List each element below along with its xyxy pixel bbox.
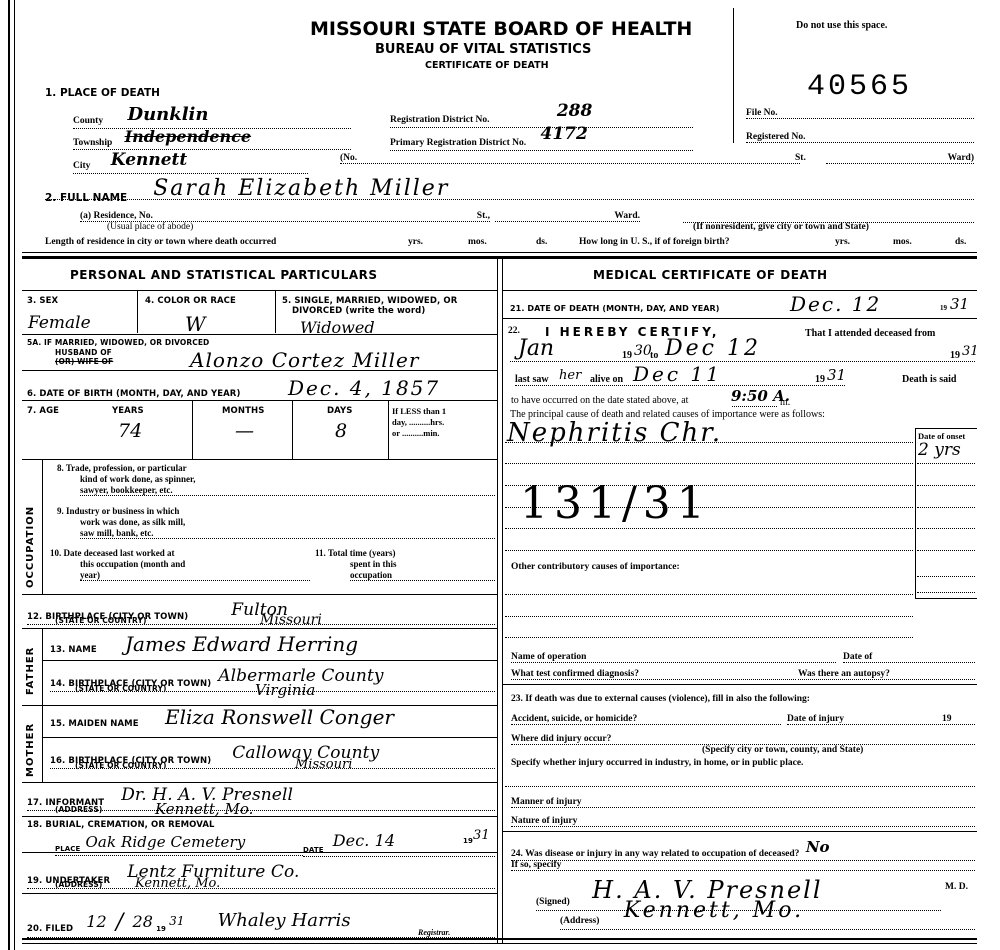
total-time-label: 11. Total time (years) (315, 548, 396, 558)
street-no-field[interactable]: (No. St. (340, 153, 800, 164)
operation-field[interactable]: Name of operation (511, 652, 836, 663)
row-line (42, 660, 497, 661)
residence-sublabel: (Usual place of abode) (107, 222, 193, 232)
race-divider (275, 291, 276, 333)
trade-label-2: kind of work done, as spinner, (80, 474, 195, 484)
cause-value[interactable]: Nephritis Chr. (507, 418, 722, 448)
township-label: Township (73, 138, 112, 148)
age-divider (388, 401, 389, 459)
row-line (22, 594, 497, 595)
spouse-label-3: (OR) WIFE OF (55, 357, 113, 366)
registrar-signature: Whaley Harris (218, 910, 351, 931)
row-line (22, 782, 497, 783)
row-line (42, 737, 497, 738)
attended-from-date: Jan (518, 336, 554, 361)
last-worked-label-2: this occupation (month and (80, 559, 185, 569)
injury-location-field[interactable]: Where did injury occur? (511, 734, 975, 745)
row-line (22, 290, 497, 291)
cause-extra-value: 131/31 (520, 478, 711, 529)
days-label: DAYS (327, 406, 353, 416)
undertaker-address-label: (ADDRESS) (55, 880, 102, 889)
spouse-label-2: HUSBAND OF (55, 348, 112, 357)
last-worked-field[interactable]: year) (80, 570, 310, 581)
mother-birthplace-state[interactable]: Missouri (295, 757, 352, 772)
residence-st-label: St., (477, 211, 490, 221)
last-saw-pronoun: her (559, 368, 581, 383)
city-field[interactable]: City Kennett (73, 153, 308, 174)
manner-of-injury-label: Manner of injury (511, 797, 582, 807)
foreign-mos-label: mos. (893, 237, 912, 247)
registered-no-field[interactable]: Registered No. (746, 132, 974, 143)
cause-line-2[interactable] (505, 463, 913, 464)
physician-address-label: (Address) (560, 916, 599, 926)
dod-year-prefix: 19 (940, 304, 947, 312)
registrar-label: Registrar. (418, 928, 450, 937)
trade-label-3: sawyer, bookkeeper, etc. (80, 485, 173, 495)
do-not-use-note: Do not use this space. (796, 20, 887, 31)
autopsy-field[interactable]: Was there an autopsy? (798, 669, 975, 680)
county-value: Dunklin (127, 104, 208, 125)
years-value[interactable]: 74 (118, 420, 142, 442)
race-value[interactable]: W (185, 312, 206, 336)
occurred-label: to have occurred on the date stated abov… (511, 395, 688, 406)
length-of-residence-label: Length of residence in city or town wher… (45, 237, 276, 247)
other-cause-line-2[interactable] (505, 616, 913, 617)
certificate-number-stamp: 40565 (807, 70, 912, 104)
left-border (8, 0, 10, 950)
months-label: MONTHS (222, 406, 264, 416)
attended-from-field[interactable]: Jan 19 30 to Dec 12 19 31 (510, 350, 975, 362)
bottom-border-2 (22, 943, 977, 944)
operation-date-field[interactable]: Date of (843, 652, 975, 663)
industry-label: 9. Industry or business in which (57, 506, 179, 516)
left-border-inner (14, 0, 15, 950)
primary-registration-value: 4172 (541, 124, 588, 144)
physician-address: Kennett, Mo. (624, 898, 804, 923)
registered-no-label: Registered No. (746, 132, 805, 142)
st-label: St. (795, 153, 806, 163)
row-line (22, 400, 497, 401)
certify-number: 22. (508, 326, 520, 336)
county-label: County (73, 116, 103, 126)
injury-year-label: 19 (942, 714, 952, 724)
section-separator-thick (22, 256, 977, 259)
manner-of-injury-field[interactable]: Manner of injury (511, 797, 975, 808)
filed-year: 31 (169, 914, 184, 928)
nature-of-injury-field[interactable]: Nature of injury (511, 816, 975, 827)
physician-address-field[interactable]: (Address) Kennett, Mo. (560, 904, 975, 930)
center-divider-2 (502, 259, 503, 944)
city-value: Kennett (111, 150, 187, 170)
onset-line[interactable] (917, 550, 975, 551)
date-of-death-label: 21. DATE OF DEATH (MONTH, DAY, AND YEAR) (510, 304, 720, 313)
operation-label: Name of operation (511, 652, 586, 662)
onset-line[interactable] (917, 528, 975, 529)
total-time-label-2: spent in this (350, 559, 397, 569)
injury-place-type-line[interactable] (505, 786, 975, 787)
dod-year[interactable]: 31 (950, 295, 969, 313)
trade-field[interactable]: sawyer, bookkeeper, etc. (80, 485, 495, 496)
less-than-label-2: day, ..........hrs. (392, 417, 444, 427)
death-said-label: Death is said (902, 374, 956, 385)
injury-date-field[interactable]: Date of injury 19 (787, 714, 975, 725)
mother-name-label: 15. MAIDEN NAME (50, 719, 139, 729)
date-of-death-value[interactable]: Dec. 12 (790, 292, 881, 316)
row-line (22, 628, 497, 629)
primary-registration-district-field[interactable]: Primary Registration District No. 4172 (390, 130, 693, 151)
md-label: M. D. (945, 882, 968, 892)
onset-line[interactable] (917, 576, 975, 577)
alive-on-date: Dec 11 (633, 362, 722, 386)
row-line (22, 816, 497, 817)
nature-of-injury-label: Nature of injury (511, 816, 577, 826)
registration-district-label: Registration District No. (390, 115, 489, 125)
section-separator (22, 252, 977, 253)
row-line (22, 459, 497, 460)
birthplace-state-label: (STATE OR COUNTRY) (55, 616, 147, 625)
spouse-label: 5A. IF MARRIED, WIDOWED, OR DIVORCED (27, 338, 209, 347)
spouse-value[interactable]: Alonzo Cortez Miller (190, 348, 419, 372)
burial-date-field[interactable]: DATE Dec. 14 19 31 (303, 837, 495, 857)
township-field[interactable]: Township Independence (73, 130, 351, 150)
accident-label: Accident, suicide, or homicide? (511, 714, 637, 724)
dob-value[interactable]: Dec. 4, 1857 (288, 376, 440, 400)
from-year-prefix: 19 (622, 350, 632, 361)
if-so-specify-field[interactable]: If so, specify (511, 860, 975, 871)
residence-ward-label: Ward. (614, 211, 640, 221)
operation-date-label: Date of (843, 652, 872, 662)
full-name-field[interactable]: 2. FULL NAME Sarah Elizabeth Miller (45, 182, 974, 200)
row-line (502, 684, 977, 685)
full-name-label: 2. FULL NAME (45, 192, 127, 204)
foreign-ds-label: ds. (955, 237, 966, 247)
burial-label: 18. BURIAL, CREMATION, OR REMOVAL (27, 820, 215, 830)
onset-line[interactable] (917, 507, 975, 508)
bottom-border (22, 938, 977, 940)
onset-line[interactable] (917, 463, 975, 464)
residence-label: (a) Residence, No. (80, 211, 153, 221)
accident-field[interactable]: Accident, suicide, or homicide? (511, 714, 781, 725)
injury-location-sublabel: (Specify city or town, county, and State… (702, 745, 863, 755)
race-label: 4. COLOR OR RACE (145, 296, 236, 306)
foreign-birth-label: How long in U. S., if of foreign birth? (579, 237, 730, 247)
place-of-death-heading: 1. PLACE OF DEATH (45, 87, 160, 99)
ward-label: Ward) (948, 153, 974, 163)
industry-label-2: work was done, as silk mill, (80, 517, 185, 527)
registration-district-value: 288 (557, 101, 593, 121)
last-worked-label: 10. Date deceased last worked at (50, 548, 174, 558)
injury-place-type-label: Specify whether injury occurred in indus… (511, 758, 803, 768)
days-value[interactable]: 8 (335, 420, 347, 442)
attended-to-date: Dec 12 (665, 336, 761, 361)
burial-year-prefix: 19 (463, 837, 473, 845)
header-divider (733, 8, 734, 143)
length-mos-label: mos. (468, 237, 487, 247)
cause-line-6[interactable] (505, 550, 913, 551)
last-saw-label: last saw (515, 374, 549, 385)
other-cause-line-3[interactable] (505, 637, 913, 638)
onset-box-top (915, 428, 977, 429)
filed-label: 20. FILED (27, 924, 73, 934)
foreign-yrs-label: yrs. (835, 237, 850, 247)
mother-side-divider (42, 705, 43, 783)
residence-field[interactable]: (a) Residence, No. St., (80, 211, 490, 222)
age-divider (292, 401, 293, 459)
filed-year-prefix: 19 (156, 925, 166, 933)
total-time-field[interactable]: occupation (350, 570, 495, 581)
alive-on-label: alive on (590, 374, 623, 385)
file-no-field[interactable]: File No. (746, 108, 974, 119)
row-line (502, 318, 977, 319)
last-saw-alive-field[interactable]: last saw her alive on Dec 11 19 31 (515, 374, 845, 386)
if-so-specify-label: If so, specify (511, 860, 561, 870)
sex-divider (137, 291, 138, 333)
informant-address-label: (ADDRESS) (55, 805, 102, 814)
total-time-label-3: occupation (350, 570, 392, 580)
years-label: YEARS (112, 406, 144, 416)
no-label: (No. (340, 153, 357, 163)
county-field[interactable]: County Dunklin (73, 107, 351, 129)
row-line (22, 370, 497, 371)
father-birthplace-sublabel: (STATE OR COUNTRY) (75, 684, 167, 693)
row-line (502, 831, 977, 832)
row-line (22, 852, 497, 853)
occupation-related-label: 24. Was disease or injury in any way rel… (511, 849, 799, 859)
file-no-label: File No. (746, 108, 778, 118)
injury-date-label: Date of injury (787, 714, 844, 724)
onset-value[interactable]: 2 yrs (918, 440, 961, 460)
alive-year: 31 (827, 366, 846, 384)
industry-field[interactable]: saw mill, bank, etc. (80, 528, 495, 539)
autopsy-label: Was there an autopsy? (798, 669, 890, 679)
sex-label: 3. SEX (27, 296, 58, 306)
marital-label-2: DIVORCED (write the word) (292, 306, 425, 316)
filed-day: 28 (132, 912, 153, 931)
filed-month: 12 (86, 912, 107, 931)
to-label: to (650, 350, 658, 361)
occupation-side-label: OCCUPATION (25, 478, 36, 588)
burial-date-value: Dec. 14 (333, 831, 396, 850)
alive-year-prefix: 19 (815, 374, 825, 385)
length-ds-label: ds. (536, 237, 547, 247)
length-yrs-label: yrs. (408, 237, 423, 247)
row-line (22, 893, 497, 894)
external-causes-label: 23. If death was due to external causes … (511, 694, 810, 704)
certify-text: That I attended deceased from (805, 328, 935, 339)
other-cause-line-1[interactable] (505, 594, 913, 595)
personal-particulars-heading: PERSONAL AND STATISTICAL PARTICULARS (70, 268, 378, 282)
mother-side-label: MOTHER (25, 712, 36, 777)
city-label: City (73, 161, 90, 171)
age-label: 7. AGE (27, 406, 59, 416)
months-value[interactable]: — (235, 420, 254, 442)
injury-location-label: Where did injury occur? (511, 734, 611, 744)
form-title: MISSOURI STATE BOARD OF HEALTH (310, 18, 692, 40)
burial-place-field[interactable]: PLACE Oak Ridge Cemetery (55, 837, 303, 856)
dob-label: 6. DATE OF BIRTH (MONTH, DAY, AND YEAR) (27, 389, 240, 399)
occupation-related-field[interactable]: 24. Was disease or injury in any way rel… (511, 842, 975, 861)
to-year: 31 (962, 344, 979, 359)
township-value: Independence (125, 127, 251, 146)
to-year-prefix: 19 (950, 350, 960, 361)
onset-box-left (915, 428, 916, 598)
bureau-title: BUREAU OF VITAL STATISTICS (375, 42, 591, 57)
diagnosis-test-field[interactable]: What test confirmed diagnosis? (511, 669, 796, 680)
filed-separator: / (116, 910, 124, 935)
other-causes-label: Other contributory causes of importance: (511, 562, 680, 572)
sex-value[interactable]: Female (28, 313, 91, 333)
less-than-label-3: or ..........min. (392, 428, 440, 438)
center-divider (497, 259, 498, 944)
mother-name-value[interactable]: Eliza Ronswell Conger (165, 705, 394, 729)
certificate-title: CERTIFICATE OF DEATH (425, 60, 549, 71)
trade-label: 8. Trade, profession, or particular (57, 463, 187, 473)
occupation-side-divider (42, 459, 43, 594)
mother-birthplace-sublabel: (STATE OR COUNTRY) (75, 761, 167, 770)
occupation-related-value: No (806, 838, 830, 856)
last-worked-label-3: year) (80, 570, 100, 580)
residence-ward-field[interactable]: Ward. (495, 211, 640, 222)
father-name-label: 13. NAME (50, 645, 97, 655)
onset-line[interactable] (917, 592, 975, 593)
father-side-label: FATHER (25, 635, 36, 695)
full-name-value: Sarah Elizabeth Miller (153, 176, 449, 201)
undertaker-address[interactable]: Kennett, Mo. (135, 876, 220, 891)
row-line (502, 290, 977, 291)
age-divider (192, 401, 193, 459)
onset-box-bottom (915, 598, 977, 599)
burial-year: 31 (473, 828, 490, 843)
primary-registration-label: Primary Registration District No. (390, 138, 526, 148)
diagnosis-test-label: What test confirmed diagnosis? (511, 669, 639, 679)
father-birthplace-state[interactable]: Virginia (255, 681, 315, 699)
father-side-divider (42, 628, 43, 706)
onset-line[interactable] (917, 485, 975, 486)
ward-field[interactable]: Ward) (826, 153, 974, 164)
time-suffix: m. (780, 397, 790, 408)
nonresident-note: (If nonresident, give city or town and S… (693, 222, 869, 232)
row-line (22, 334, 497, 335)
birthplace-state-value[interactable]: Missouri (260, 612, 322, 628)
burial-place-value: Oak Ridge Cemetery (86, 833, 246, 851)
industry-label-3: saw mill, bank, etc. (80, 528, 154, 538)
medical-certificate-heading: MEDICAL CERTIFICATE OF DEATH (593, 268, 828, 282)
less-than-label: If LESS than 1 (392, 406, 446, 416)
marital-label: 5. SINGLE, MARRIED, WIDOWED, OR (282, 296, 457, 306)
father-name-value[interactable]: James Edward Herring (125, 632, 358, 656)
